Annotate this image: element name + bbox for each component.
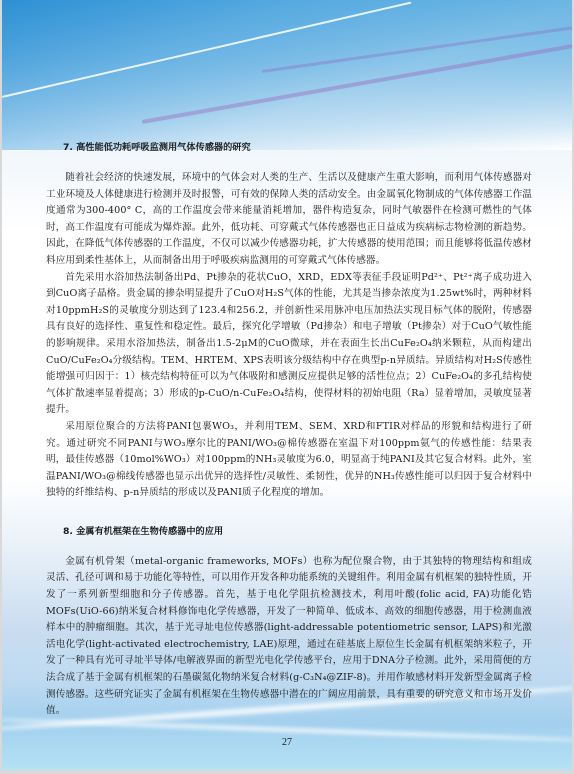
page-content: 7. 高性能低功耗呼吸监测用气体传感器的研究 随着社会经济的快速发展，环境中的气… xyxy=(46,140,532,720)
paragraph: 首先采用水浴加热法制备出Pd、Pt掺杂的花状CuO，XRD，EDX等表征手段证明… xyxy=(46,270,532,419)
paragraph: 采用原位聚合的方法将PANI包裹WO₃，并利用TEM、SEM、XRD和FTIR对… xyxy=(46,419,532,502)
light-streak xyxy=(142,40,572,124)
light-streak xyxy=(262,23,572,73)
page-number: 27 xyxy=(2,737,572,748)
document-page: 7. 高性能低功耗呼吸监测用气体传感器的研究 随着社会经济的快速发展，环境中的气… xyxy=(2,0,572,770)
paragraph: 金属有机骨架（metal-organic frameworks, MOFs）也称… xyxy=(46,554,532,720)
section-heading-8: 8. 金属有机框架在生物传感器中的应用 xyxy=(63,524,532,540)
decorative-header-banner xyxy=(2,0,572,150)
paragraph: 随着社会经济的快速发展，环境中的气体会对人类的生产、生活以及健康产生重大影响，而… xyxy=(46,170,532,270)
section-heading-7: 7. 高性能低功耗呼吸监测用气体传感器的研究 xyxy=(63,140,532,156)
